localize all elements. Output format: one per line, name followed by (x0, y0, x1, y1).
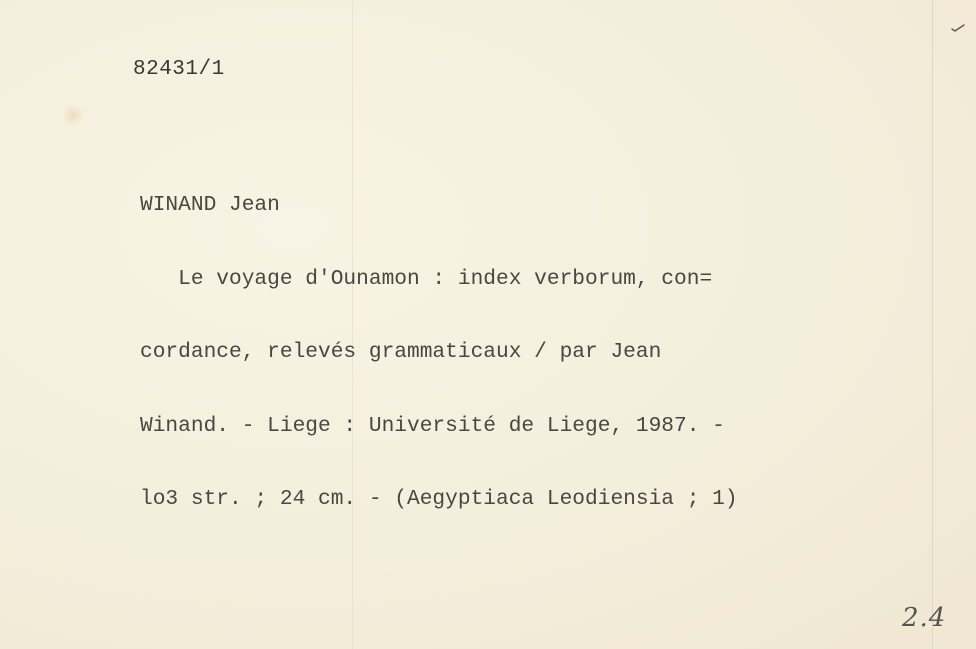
bibliographic-entry: WINAND Jean Le voyage d'Ounamon : index … (140, 144, 738, 561)
handwritten-note: 2.4 (902, 603, 946, 633)
entry-line: cordance, relevés grammaticaux / par Jea… (140, 340, 738, 365)
entry-line: lo3 str. ; 24 cm. - (Aegyptiaca Leodiens… (140, 487, 738, 512)
catalog-card: 82431/1 WINAND Jean Le voyage d'Ounamon … (0, 0, 976, 649)
check-mark-icon (951, 24, 965, 32)
card-fold-line (932, 0, 933, 649)
call-number: 82431/1 (133, 58, 225, 81)
author-heading: WINAND Jean (140, 193, 738, 218)
paper-stain (62, 104, 84, 126)
entry-line: Winand. - Liege : Université de Liege, 1… (140, 414, 738, 439)
entry-line: Le voyage d'Ounamon : index verborum, co… (140, 267, 738, 292)
